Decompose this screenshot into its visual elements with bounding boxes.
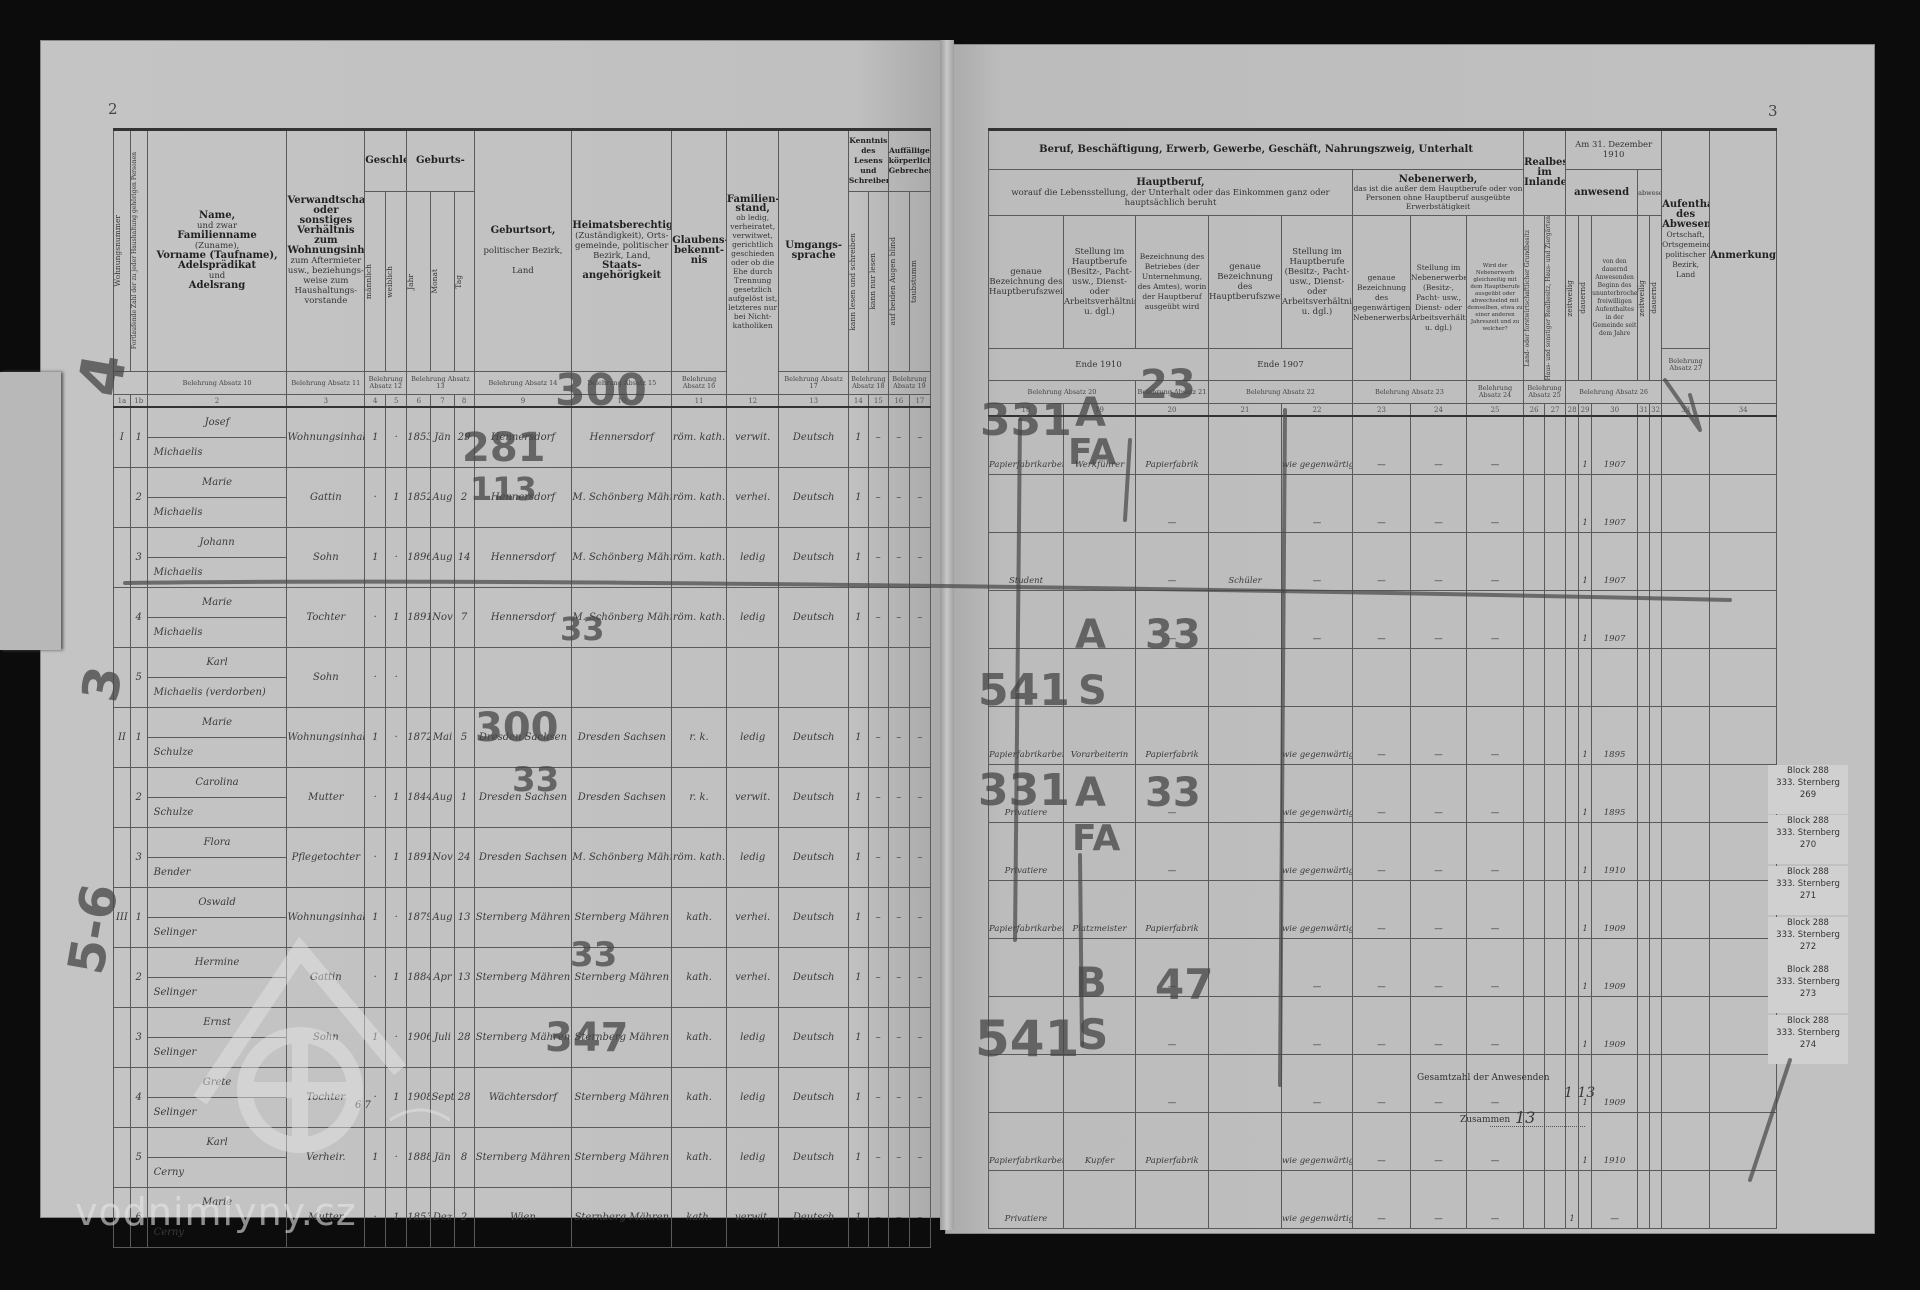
watermill-wheel-icon bbox=[180, 920, 450, 1180]
watermark-text: vodnimlyny.cz bbox=[75, 1190, 357, 1234]
